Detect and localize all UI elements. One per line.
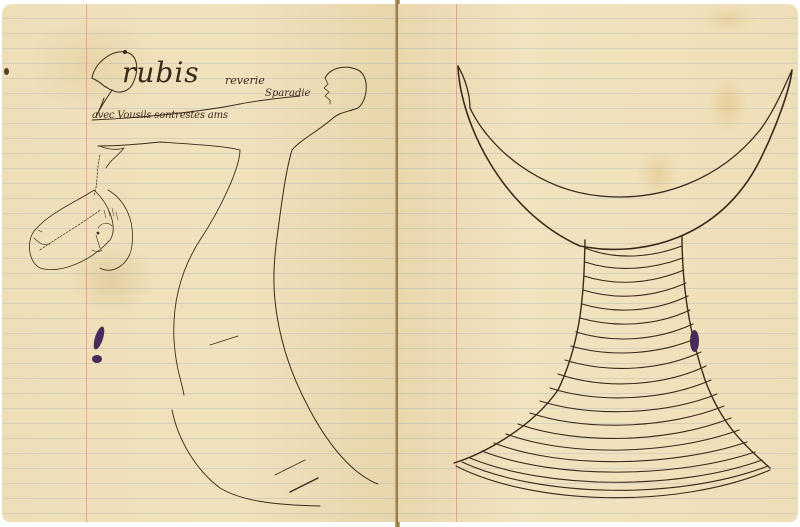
profile-head-drawing [274, 67, 378, 484]
violet-ink-blot-left-small [92, 355, 102, 363]
violet-ink-blot-right [690, 330, 699, 352]
handwriting-reverie: reverie [225, 74, 265, 87]
handwriting-line-avec: avec Vousils sontrestes ams [92, 110, 228, 121]
striped-vase-drawing [454, 236, 770, 498]
handwriting-rubis: rubis [122, 56, 200, 89]
crescent-drawing [458, 66, 792, 249]
notebook-spread: rubis reverie Sparadie avec Vousils sont… [0, 0, 800, 527]
handwriting-sparadie: Sparadie [265, 88, 310, 99]
ink-spot-edge [4, 68, 9, 75]
hand-faces-drawing [29, 146, 132, 270]
arm-body-drawing [92, 96, 320, 506]
ink-drawings [0, 0, 800, 527]
